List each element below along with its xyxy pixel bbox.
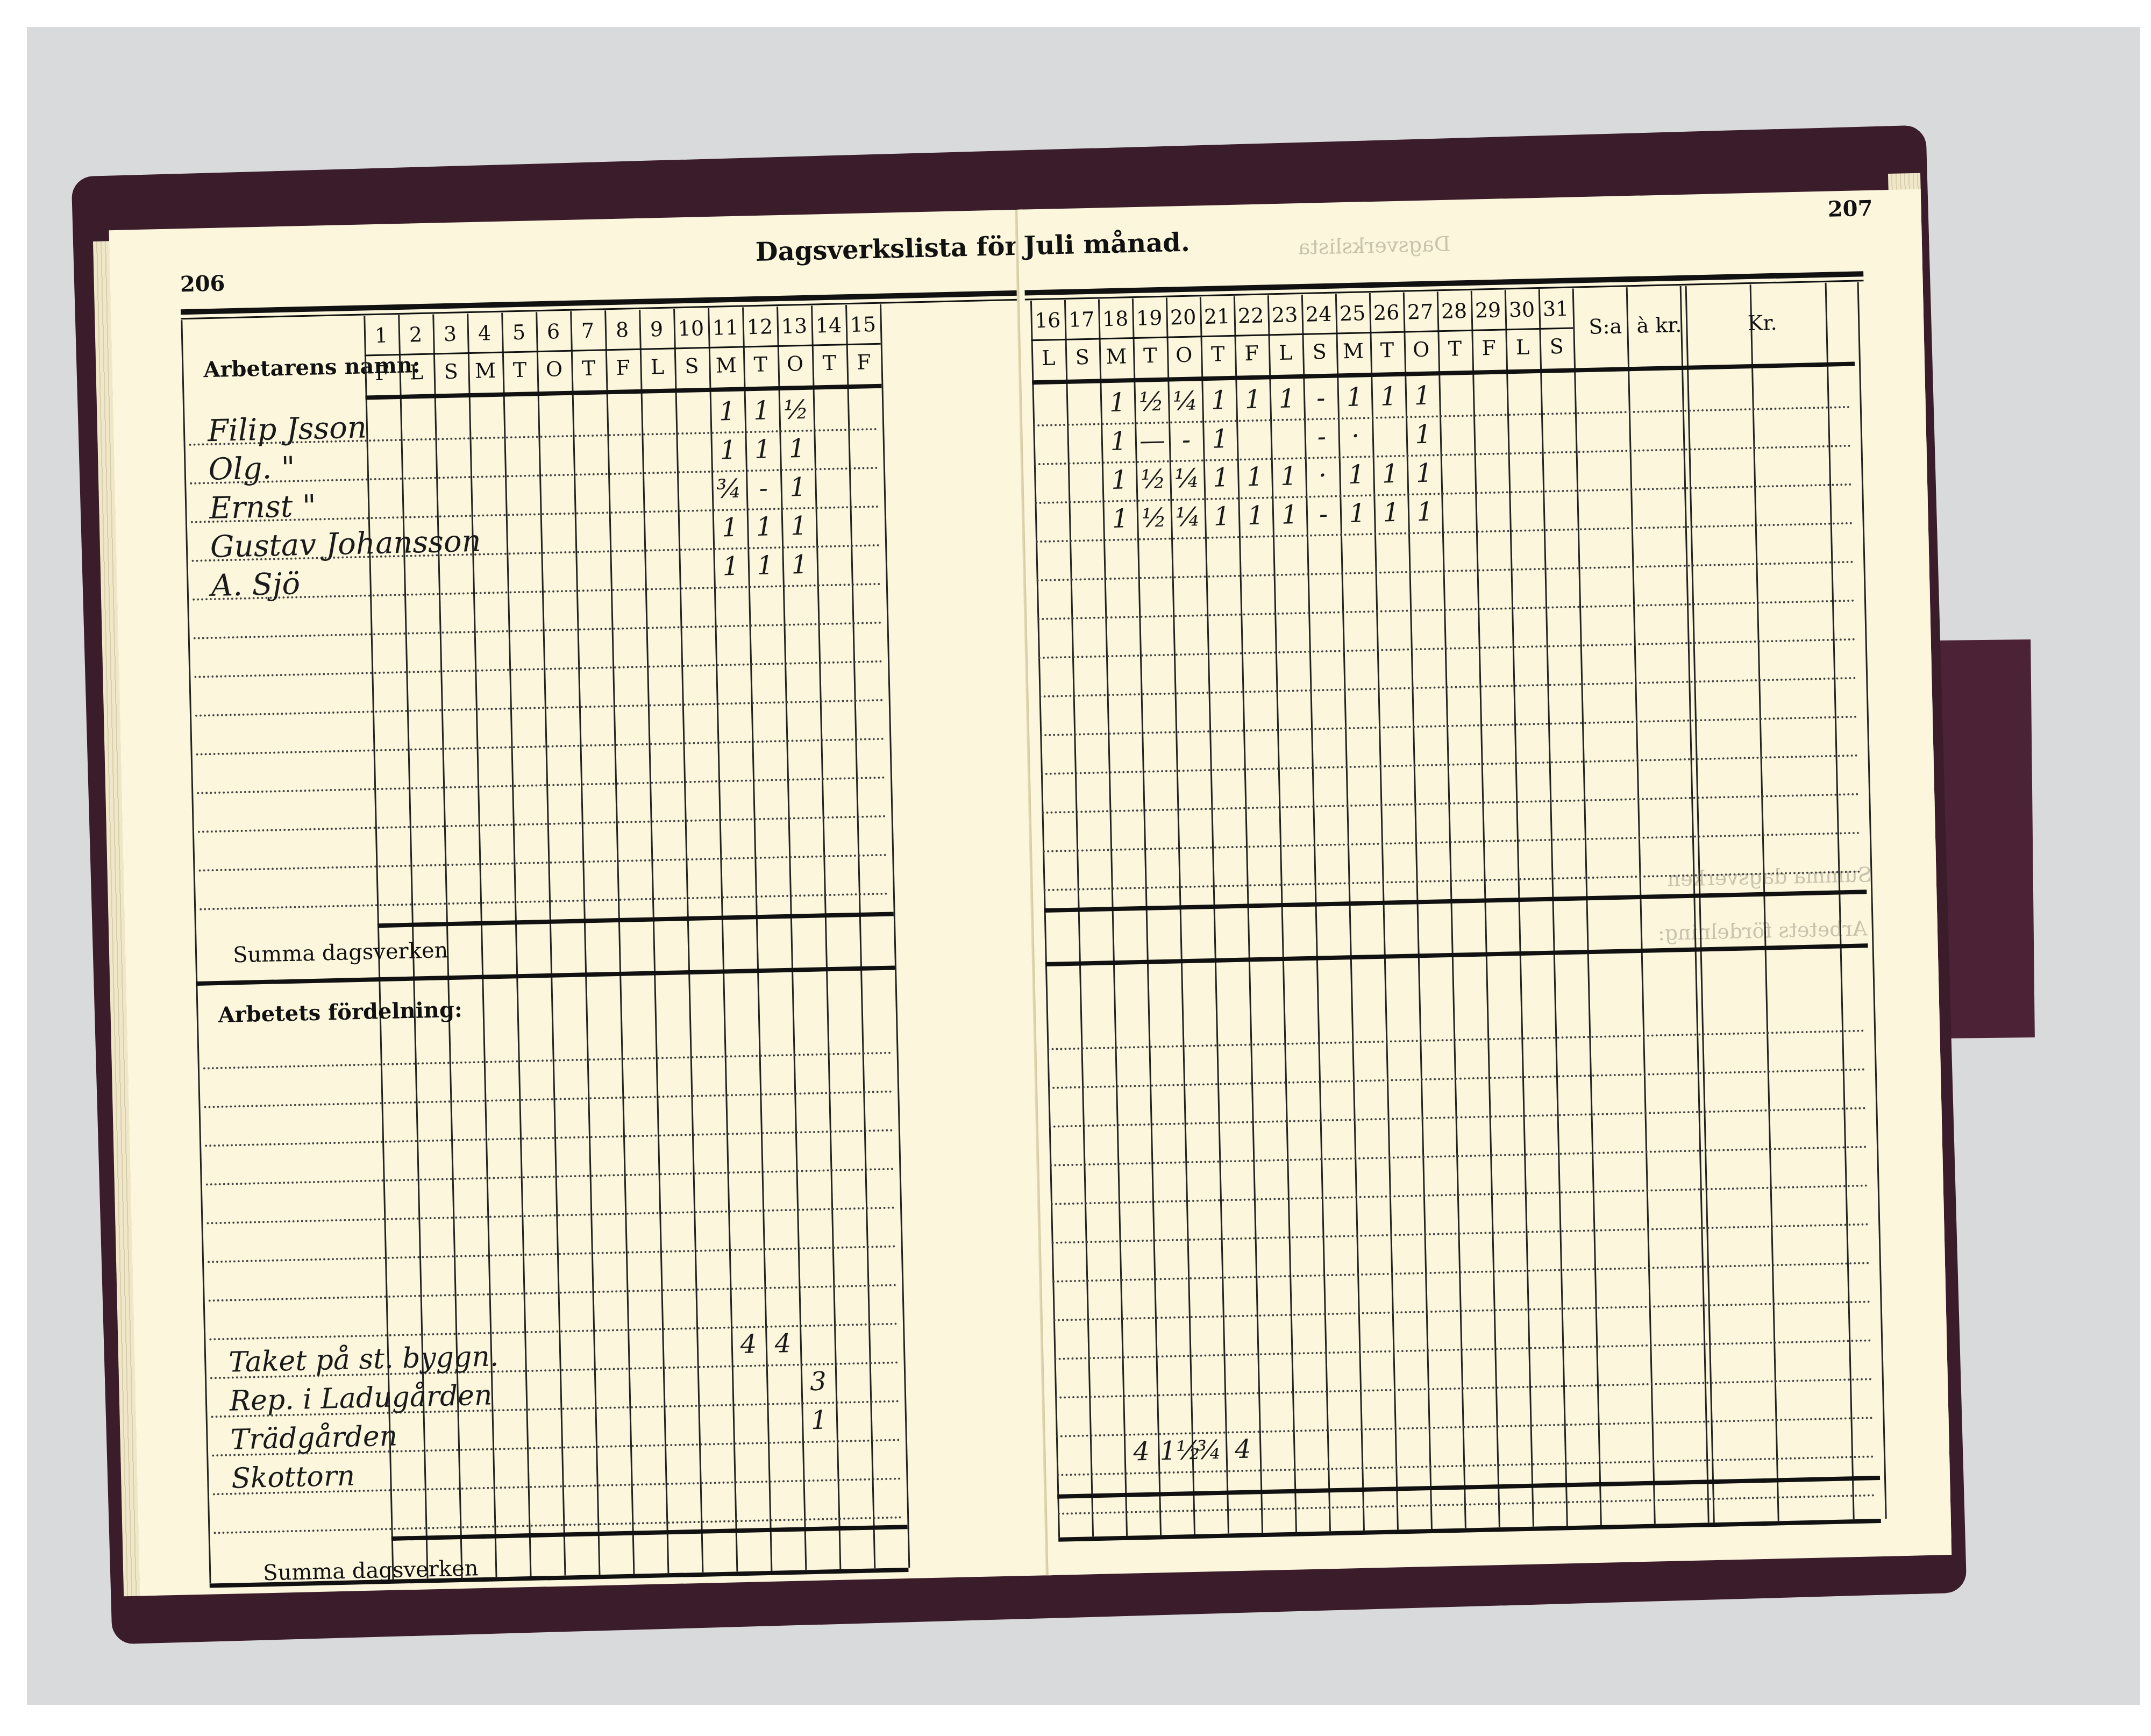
day-entry: 1 [1408,458,1440,488]
ledger-title-right: Juli månad. [1023,227,1190,261]
task-row-dotted-line [205,1129,893,1147]
day-entry: - [1170,424,1202,455]
grid-line [1437,291,1466,1528]
weekday-header: M [468,359,503,383]
row-dotted-line [1040,716,1857,736]
page-number-right: 207 [1827,196,1873,222]
day-entry: ½ [1137,464,1169,495]
grid-line [1064,300,1094,1536]
worker-name: Gustav Johansson [210,524,481,565]
left-page: 206 Dagsverkslista för Arbetarens namn: … [109,210,1054,1596]
task-row-dotted-line [1050,1146,1867,1166]
day-entry: 1 [1409,496,1441,527]
day-number-header: 7 [571,318,606,343]
task-row-dotted-line [208,1245,896,1263]
row-dotted-line [1043,832,1860,852]
day-entry: 1 [1341,459,1372,490]
day-entry: — [1136,425,1168,456]
row-dotted-line [1038,638,1856,659]
row-dotted-line [1037,600,1855,620]
weekday-header: F [365,361,400,385]
task-row-dotted-line [1047,1030,1864,1050]
day-number-header: 13 [777,314,811,338]
row-dotted-line [200,893,888,910]
worker-name: Olg. " [208,450,295,487]
day-number-header: 15 [845,312,880,337]
worker-name: Filip Jsson [207,410,367,449]
grid-line [501,313,531,1576]
day-entry: ¼ [1172,502,1204,532]
right-page: Juli månad. 207 Dagsverkslista Summa dag… [1017,189,1951,1575]
page-bottom-rule [1058,1519,1881,1542]
day-number-header: 16 [1030,308,1065,332]
row-dotted-line [194,660,882,678]
task-row-dotted-line [1058,1494,1875,1514]
day-number-header: 25 [1335,301,1370,325]
task-day-entry: 4 [767,1328,799,1359]
section-divider [196,965,895,985]
task-name: Taket på st. byggn. [229,1340,499,1378]
weekday-header: T [1133,344,1167,368]
task-name: Trädgården [230,1420,398,1456]
task-name: Rep. i Ladugården [229,1379,493,1418]
task-row-dotted-line [206,1207,895,1225]
weekday-header: F [1235,341,1269,365]
day-entry: 1 [749,550,781,581]
task-day-entry: 1½ [1159,1435,1191,1466]
day-entry: ½ [1138,503,1170,533]
show-through-fordelning: Arbetets fördelning: [1657,916,1867,945]
weekday-header: M [1336,339,1371,363]
summa-top-rule [378,912,894,928]
day-entry: 1 [712,435,744,466]
weekday-header: L [1269,340,1303,365]
day-number-header: 29 [1471,298,1505,322]
weekday-header: L [399,360,434,385]
day-entry: 1 [1407,419,1439,450]
weekday-header: S [1065,345,1100,369]
day-number-header: 18 [1098,307,1133,331]
day-entry: - [1305,383,1337,414]
day-entry: 1 [1102,387,1134,418]
grid-line [1505,290,1534,1526]
grid-line [1626,287,1656,1524]
grid-line [1680,286,1710,1522]
task-row-dotted-line [1055,1339,1872,1360]
day-number-header: 23 [1267,303,1302,327]
day-entry: 1 [715,551,746,581]
day-entry: 1 [781,433,813,464]
day-entry: 1 [1271,383,1303,414]
weekday-header: F [1472,336,1506,360]
day-entry: 1 [1204,424,1236,454]
task-day-entry: ¾ [1193,1435,1225,1465]
row-dotted-line [199,854,887,872]
day-number-header: 31 [1539,296,1573,321]
grid-line [673,309,703,1572]
day-number-header: 20 [1166,305,1200,329]
task-list: Taket på st. byggn.44Rep. i Ladugården3T… [109,210,1023,231]
task-row-dotted-line [203,1052,892,1070]
day-number-header: 24 [1301,302,1336,326]
weekday-header: O [1167,343,1201,367]
kr-column-header: Kr. [1708,310,1817,336]
day-entry: 1 [1374,459,1406,489]
day-entry: ½ [1136,387,1167,417]
row-dotted-line [198,815,886,833]
row-dotted-line [1037,561,1854,581]
day-entry: 1 [1273,461,1305,492]
day-entry: 1 [1205,463,1237,493]
day-number-header: 28 [1437,299,1471,323]
row-dotted-line [196,738,885,756]
day-entry: 1 [1375,497,1407,528]
day-number-header: 8 [604,318,639,342]
day-number-header: 17 [1064,308,1099,332]
weekday-header: O [1404,337,1438,361]
day-number-header: 5 [502,320,537,344]
day-entry: ¾ [713,474,745,504]
grid-line [570,311,600,1575]
task-row-dotted-line [1055,1378,1872,1398]
task-name: Skottorn [231,1460,355,1495]
day-entry: 1 [1102,426,1134,457]
task-row-dotted-line [1052,1223,1869,1243]
ledger-title-left: Dagsverkslista för [755,231,1018,267]
day-entry: 1 [782,472,814,503]
grid-line [181,320,211,1583]
weekday-header: F [606,355,640,380]
day-number-header: 26 [1369,301,1404,325]
task-day-entry: 4 [732,1329,764,1360]
summa-label-bottom-left: Summa dagsverken [263,1556,479,1585]
summa-bottom-top-rule [1057,1476,1880,1499]
day-entry: 1 [1240,500,1271,531]
right-day-grid: 16L17S18M19T20O21T22F23L24S25M26T27O28T2… [1017,189,1921,210]
grid-line [1539,289,1568,1526]
weekday-header: M [1099,344,1134,368]
grid-line [1857,282,1887,1518]
task-day-entry: 3 [802,1366,834,1397]
section-divider [1045,943,1868,966]
weekday-header: O [537,357,572,381]
day-entry: 1 [784,550,815,580]
day-entry: 1 [1341,498,1373,529]
task-row-dotted-line [209,1284,897,1301]
day-entry: ¼ [1170,386,1201,416]
task-row-dotted-line [1049,1107,1867,1127]
weekday-header: S [1540,334,1574,358]
weekday-header: O [778,352,813,376]
day-entry: 1 [1203,385,1235,416]
row-dotted-line [1039,677,1857,698]
day-entry: · [1340,421,1371,451]
weekday-header: S [1302,339,1337,364]
day-entry: 1 [1273,500,1305,530]
task-row-dotted-line [1056,1417,1874,1437]
open-ledger-book: 206 Dagsverkslista för Arbetarens namn: … [91,141,1951,1602]
day-number-header: 10 [673,316,708,340]
weekday-header: T [743,352,778,376]
weekday-header: T [502,358,537,382]
task-row-dotted-line [1053,1300,1871,1321]
grid-line [1825,283,1855,1519]
day-number-header: 19 [1132,306,1166,330]
day-number-header: 11 [708,316,743,340]
task-day-entry: 4 [1126,1436,1157,1467]
grid-line [639,310,669,1573]
day-number-header: 14 [811,313,846,337]
row-dotted-line [195,699,884,717]
grid-line [1471,291,1500,1527]
day-number-header: 3 [433,322,468,346]
weekday-header: T [1370,338,1405,362]
grid-line [1572,288,1602,1525]
day-number-header: 22 [1234,303,1268,328]
task-row-dotted-line [206,1168,894,1186]
day-entry: - [1307,499,1339,529]
day-number-header: 27 [1403,300,1437,324]
worker-name: A. Sjö [211,566,301,603]
day-number-header: 1 [364,323,399,347]
task-row-dotted-line [1048,1069,1865,1089]
row-dotted-line [194,622,882,639]
day-number-header: 4 [467,321,502,345]
worker-name: Ernst " [209,489,317,526]
day-number-header: 12 [742,315,777,339]
day-entry: 1 [711,396,743,427]
weekday-header: F [846,350,881,374]
grid-line [845,305,875,1568]
day-entry: - [747,473,779,503]
weekday-header: T [1438,337,1472,361]
day-entry: 1 [749,511,780,542]
day-entry: ¼ [1171,463,1203,494]
task-row-dotted-line [204,1091,893,1108]
grid-line [1685,286,1715,1522]
day-number-header: 30 [1505,297,1539,322]
row-dotted-line [197,777,885,794]
weekday-header: M [709,353,744,378]
worker-name-list: Filip Jsson11½Olg. "111Ernst "¾-1Gustav … [109,210,1023,231]
show-through-title: Dagsverkslista [1298,232,1450,259]
weekday-header: L [1031,346,1066,370]
day-entry: 1 [714,512,746,543]
rate-column-header: à kr. [1632,313,1686,338]
grid-line [1750,284,1779,1521]
weekday-header: L [640,354,675,379]
weekday-header: S [674,354,709,378]
weekday-header: L [1506,335,1540,359]
day-entry: 1 [783,511,815,542]
fordelning-label-left: Arbetets fördelning: [218,997,462,1028]
task-row-dotted-line [1051,1184,1868,1205]
day-entry: 1 [1339,382,1371,412]
row-dotted-line [1042,793,1859,814]
day-entry: 1 [1239,461,1271,492]
day-entry: 1 [746,395,778,426]
day-entry: 1 [746,434,778,465]
grid-line [880,304,910,1568]
task-day-entry: 4 [1227,1434,1259,1464]
day-entry: 1 [1373,381,1405,412]
day-entry: · [1307,460,1338,490]
task-row-dotted-line [1052,1262,1870,1282]
day-entry: 1 [1103,465,1135,495]
weekday-header: T [812,351,847,375]
summa-top-rule [1044,890,1867,913]
summa-label-top-left: Summa dagsverken [233,938,448,967]
weekday-header: S [433,359,468,383]
day-entry: 1 [1206,501,1238,532]
weekday-header: T [1201,342,1235,366]
day-entry: - [1306,421,1337,452]
task-day-entry: 1 [803,1405,835,1435]
day-number-header: 9 [639,317,674,341]
day-number-header: 2 [398,323,433,347]
day-number-header: 21 [1200,304,1234,329]
day-number-header: 6 [536,319,571,344]
day-entry: 1 [1237,384,1269,415]
grid-line [536,312,566,1575]
page-number-left: 206 [180,271,225,297]
day-entry: 1 [1407,380,1438,411]
row-dotted-line [1041,755,1858,775]
weekday-header: T [571,356,606,380]
day-entry: 1 [1105,503,1136,534]
grid-line [604,310,635,1574]
sum-column-header: S:a [1578,314,1633,339]
day-entry: ½ [780,395,812,425]
left-day-grid: 1F2L3S4M5T6O7T8F9L10S11M12T13O14T15F [109,210,1023,231]
